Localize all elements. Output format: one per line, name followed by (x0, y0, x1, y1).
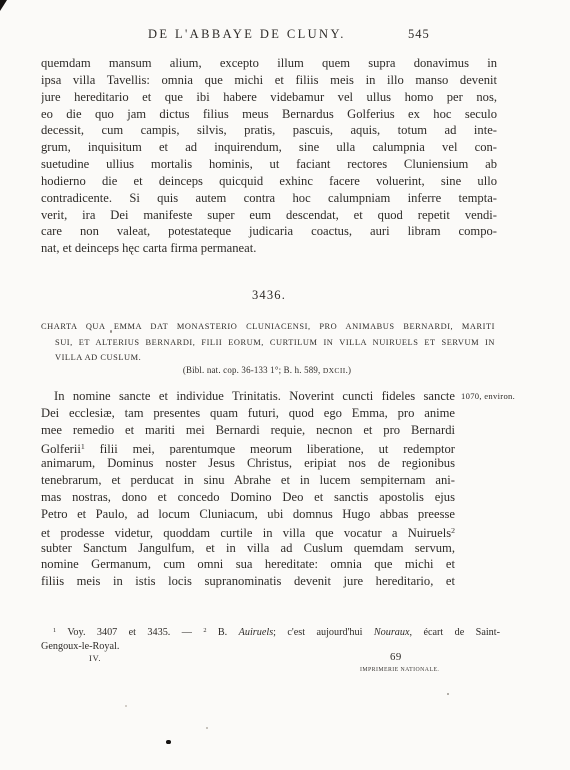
text-segment: Nouraux (374, 627, 410, 638)
text-line: mee remedio et mariti mei Bernardi requi… (41, 422, 455, 439)
scan-speck (125, 705, 127, 707)
scan-speck (447, 693, 449, 695)
text-line: ipsa villa Tavellis: omnia que michi et … (41, 72, 497, 89)
source-citation: (Bibl. nat. cop. 36-133 1°; B. h. 589, d… (41, 365, 493, 375)
text-line: CHARTA QUA EMMA DAT MONASTERIO CLUNIACEN… (41, 319, 495, 335)
text-line: nat, et deinceps hęc carta firma permane… (41, 240, 497, 257)
text-line: mas nostras, dono et concedo Domino Deo … (41, 489, 455, 506)
text-segment: nat, et deinceps hęc carta firma permane… (41, 241, 256, 255)
text-segment: SUI, ET ALTERIUS BERNARDI, FILII EORUM, … (55, 338, 495, 347)
text-segment: mas nostras, dono et concedo Domino Deo … (41, 490, 455, 504)
text-segment: Petro et Paulo, ad locum Cluniacum, ubi … (41, 507, 455, 521)
text-line: SUI, ET ALTERIUS BERNARDI, FILII EORUM, … (55, 335, 495, 351)
text-line: grum, inquisitum et ad inquirendum, sine… (41, 139, 497, 156)
volume-signature: IV. (89, 654, 101, 663)
text-line: Petro et Paulo, ad locum Cluniacum, ubi … (41, 506, 455, 523)
sheet-number: 69 (390, 651, 402, 663)
text-segment: ; c'est aujourd'hui (273, 627, 374, 638)
text-segment: VILLA AD CUSLUM. (55, 353, 141, 362)
text-line: subter Sanctum Jangulfum, et in villa ad… (41, 540, 455, 557)
text-line: VILLA AD CUSLUM. (55, 350, 495, 366)
text-line: eo die quo jam dictus filius meus Bernar… (41, 106, 497, 123)
scan-speck (206, 727, 208, 729)
text-segment: In nomine sancte et individue Trinitatis… (54, 389, 455, 403)
text-segment: 2 (451, 526, 455, 535)
text-line: et prodesse videtur, quoddam curtile in … (41, 523, 455, 540)
charter-number-heading: 3436. (41, 288, 497, 303)
text-line: verit, ira Dei manifeste super eum desce… (41, 207, 497, 224)
text-segment: decessit, cum campis, silvis, pratis, pa… (41, 123, 497, 137)
text-segment: contradicente. Si quis autem contra hoc … (41, 191, 497, 205)
text-segment: hodierno die et deinceps quicquid exhinc… (41, 174, 497, 188)
running-head: DE L'ABBAYE DE CLUNY. 545 (0, 27, 570, 43)
text-segment: subter Sanctum Jangulfum, et in villa ad… (41, 541, 455, 555)
text-segment: B. (206, 627, 238, 638)
text-segment: jure hereditario et que ibi habere videb… (41, 90, 497, 104)
charter-3435-text-continuation: quemdam mansum alium, excepto illum quem… (41, 55, 497, 257)
text-segment: tenebrarum, et perducat in sinu Abrahe e… (41, 473, 455, 487)
page-number: 545 (408, 27, 430, 42)
text-line: contradicente. Si quis autem contra hoc … (41, 190, 497, 207)
text-line: nomine Germanum, cum omni sua hereditate… (41, 556, 455, 573)
text-segment: animarum, Dominus noster Jesus Christus,… (41, 456, 455, 470)
charter-rubric: CHARTA QUA EMMA DAT MONASTERIO CLUNIACEN… (41, 319, 495, 366)
margin-date-note: 1070, environ. (461, 391, 565, 401)
book-page: DE L'ABBAYE DE CLUNY. 545 quemdam mansum… (0, 0, 570, 770)
text-segment: eo die quo jam dictus filius meus Bernar… (41, 107, 497, 121)
text-segment: Gengoux-le-Royal. (41, 641, 119, 652)
scan-speck (110, 330, 112, 333)
text-segment: quemdam mansum alium, excepto illum quem… (41, 56, 497, 70)
text-line: quemdam mansum alium, excepto illum quem… (41, 55, 497, 72)
text-line: jure hereditario et que ibi habere videb… (41, 89, 497, 106)
text-line: Dei ecclesiæ, tam presentes quam futuri,… (41, 405, 455, 422)
text-segment: filiis meis in istis locis supranominati… (41, 574, 455, 588)
text-segment: mee remedio et mariti mei Bernardi requi… (41, 423, 455, 437)
text-segment: et prodesse videtur, quoddam curtile in … (41, 526, 451, 540)
charter-3436-body: In nomine sancte et individue Trinitatis… (41, 388, 455, 590)
text-segment: dxcii (323, 366, 346, 375)
text-segment: suetudine ullius mortalis hominis, ut fa… (41, 157, 497, 171)
text-segment: filii mei, parentumque meorum liberation… (85, 441, 455, 455)
text-line: filiis meis in istis locis supranominati… (41, 573, 455, 590)
text-segment: grum, inquisitum et ad inquirendum, sine… (41, 140, 497, 154)
text-segment: verit, ira Dei manifeste super eum desce… (41, 208, 497, 222)
text-line: tenebrarum, et perducat in sinu Abrahe e… (41, 472, 455, 489)
text-line: In nomine sancte et individue Trinitatis… (41, 388, 455, 405)
scan-speck (0, 0, 7, 11)
text-line: Golferii1 filii mei, parentumque meorum … (41, 439, 455, 456)
text-segment: Dei ecclesiæ, tam presentes quam futuri,… (41, 406, 455, 420)
text-segment: (Bibl. nat. cop. 36-133 1°; B. h. 589, (183, 365, 323, 375)
text-segment: ipsa villa Tavellis: omnia que michi et … (41, 73, 497, 87)
text-line: suetudine ullius mortalis hominis, ut fa… (41, 156, 497, 173)
text-line: animarum, Dominus noster Jesus Christus,… (41, 455, 455, 472)
text-segment: CHARTA QUA EMMA DAT MONASTERIO CLUNIACEN… (41, 322, 495, 331)
text-line: 1 Voy. 3407 et 3435. — 2 B. Auiruels; c'… (41, 623, 500, 639)
text-segment: nomine Germanum, cum omni sua hereditate… (41, 557, 455, 571)
text-line: Gengoux-le-Royal. (41, 639, 500, 655)
footnotes: 1 Voy. 3407 et 3435. — 2 B. Auiruels; c'… (41, 623, 500, 655)
text-line: decessit, cum campis, silvis, pratis, pa… (41, 122, 497, 139)
text-segment: care non valeat, potestateque judicaria … (41, 224, 497, 238)
text-segment: Golferii (41, 441, 81, 455)
text-line: care non valeat, potestateque judicaria … (41, 223, 497, 240)
running-head-title: DE L'ABBAYE DE CLUNY. (148, 27, 346, 42)
text-segment: .) (346, 365, 352, 375)
text-line: hodierno die et deinceps quicquid exhinc… (41, 173, 497, 190)
printer-imprint: IMPRIMERIE NATIONALE. (360, 667, 436, 673)
text-segment: Auiruels (239, 627, 274, 638)
scan-speck (166, 740, 171, 744)
text-segment: , écart de Saint- (410, 627, 500, 638)
text-segment: Voy. 3407 et 3435. — (56, 627, 203, 638)
